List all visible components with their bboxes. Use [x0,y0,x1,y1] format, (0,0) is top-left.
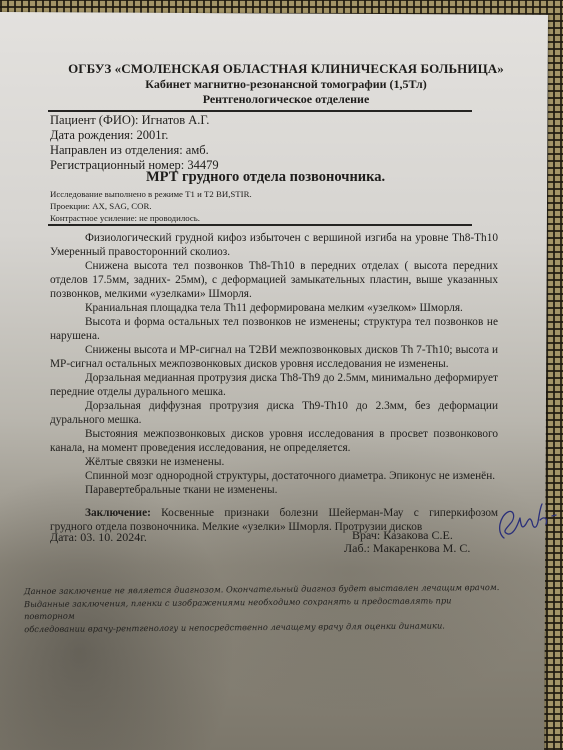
study-projections: Проекции: AX, SAG, COR. [50,200,252,212]
institution-name: ОГБУЗ «СМОЛЕНСКАЯ ОБЛАСТНАЯ КЛИНИЧЕСКАЯ … [48,61,524,77]
lab-assistant-name: Лаб.: Макаренкова М. С. [344,541,470,556]
patient-birth-date: Дата рождения: 2001г. [50,128,219,143]
finding-paragraph: Дорзальная диффузная протрузия диска Th9… [50,399,498,427]
conclusion-label: Заключение: [85,507,151,519]
finding-paragraph: Снижена высота тел позвонков Th8-Th10 в … [50,259,498,301]
header-divider [48,110,472,112]
finding-paragraph: Жёлтые связки не изменены. [50,455,498,469]
study-parameters: Исследование выполнено в режиме T1 и T2 … [50,188,252,224]
finding-paragraph: Спинной мозг однородной структуры, доста… [50,469,498,483]
signature-icon [494,502,563,542]
findings: Физиологический грудной кифоз избыточен … [50,231,498,534]
disclaimer: Данное заключение не является диагнозом.… [24,581,504,635]
study-mode: Исследование выполнено в режиме T1 и T2 … [50,188,252,200]
finding-paragraph: Высота и форма остальных тел позвонков н… [50,315,498,343]
finding-paragraph: Выстояния межпозвонковых дисков уровня и… [50,427,498,455]
finding-paragraph: Паравертебральные ткани не изменены. [50,483,498,497]
findings-divider [48,224,472,226]
cabinet-name: Кабинет магнитно-резонансной томографии … [48,77,524,92]
referral-department: Направлен из отделения: амб. [50,143,219,158]
finding-paragraph: Краниальная площадка тела Th11 деформиро… [50,301,498,315]
report-title: МРТ грудного отдела позвоночника. [48,169,524,186]
patient-info: Пациент (ФИО): Игнатов А.Г. Дата рождени… [50,113,219,173]
report-date: Дата: 03. 10. 2024г. [50,530,147,545]
study-contrast: Контрастное усиление: не проводилось. [50,212,252,224]
finding-paragraph: Снижены высота и МР-сигнал на T2ВИ межпо… [50,343,498,371]
patient-name: Пациент (ФИО): Игнатов А.Г. [50,113,219,128]
department-name: Рентгенологическое отделение [48,92,524,107]
finding-paragraph: Физиологический грудной кифоз избыточен … [50,231,498,259]
finding-paragraph: Дорзальная медианная протрузия диска Th8… [50,371,498,399]
